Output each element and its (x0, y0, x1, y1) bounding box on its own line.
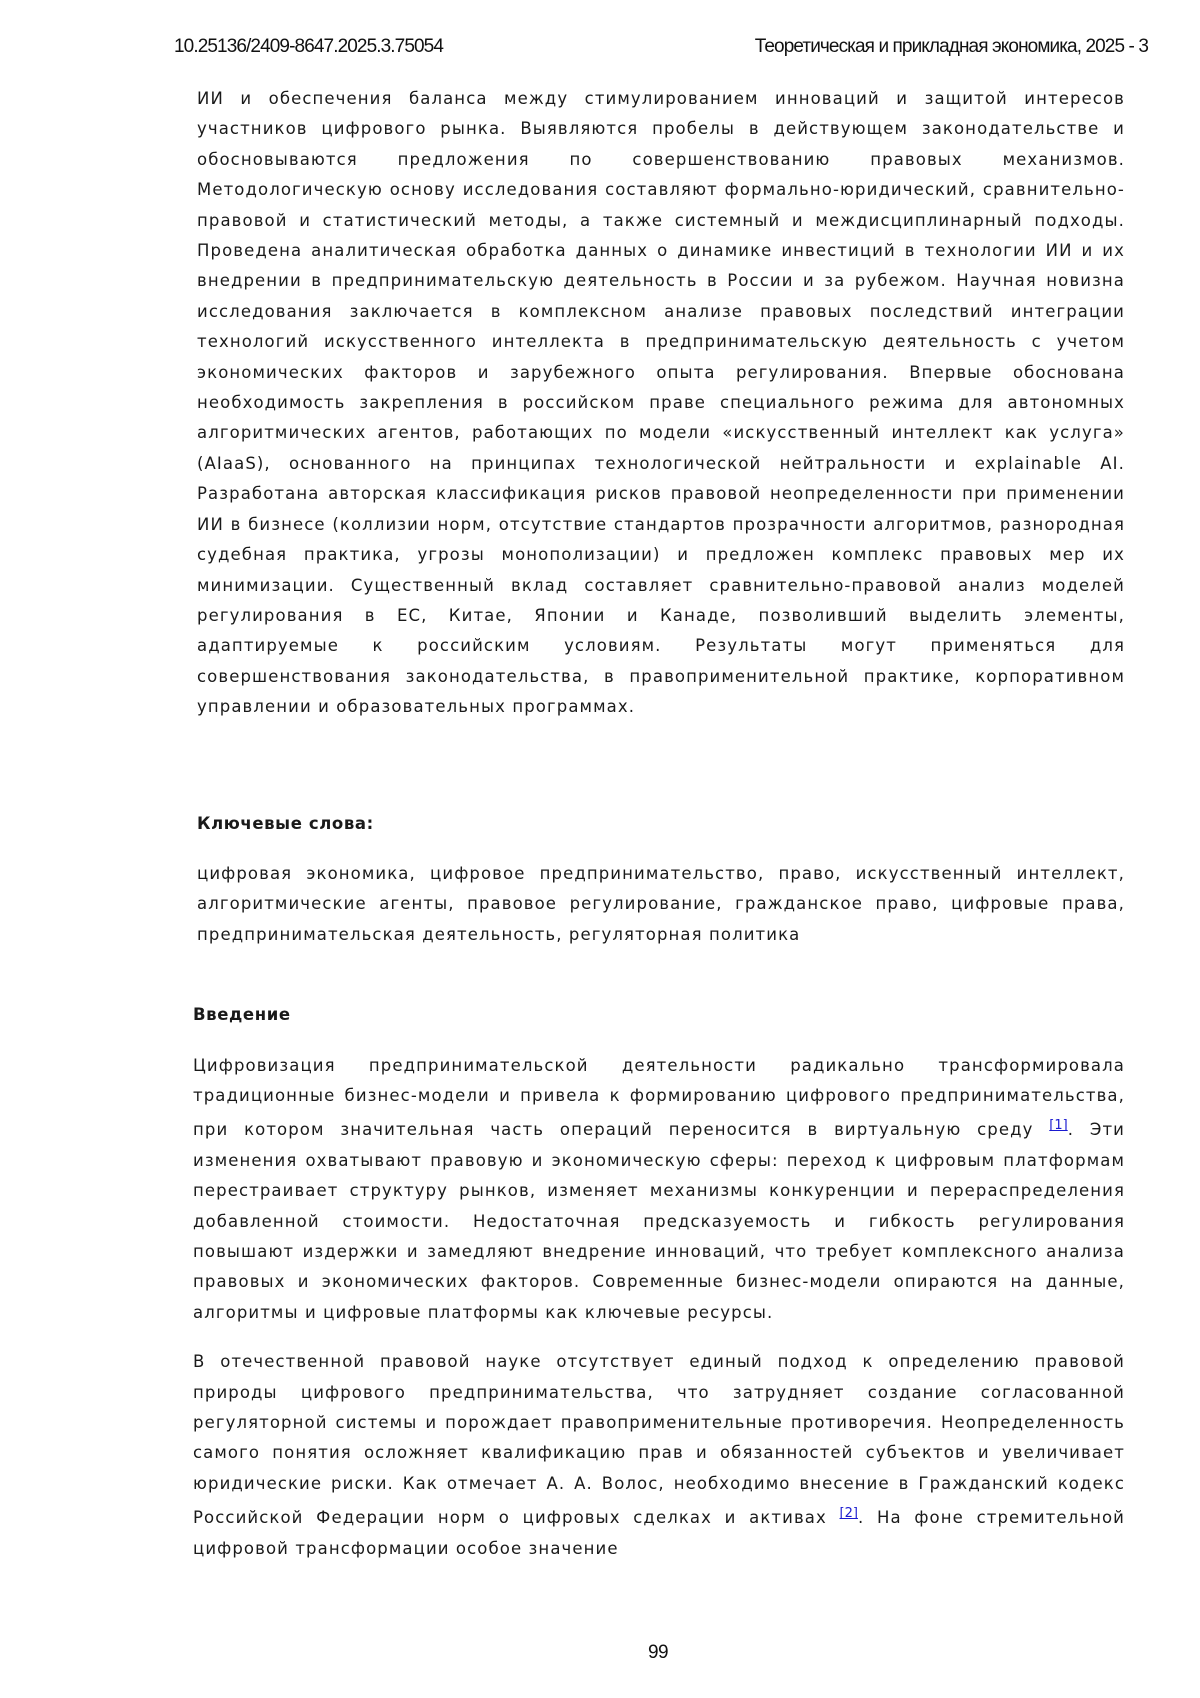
page-content: ИИ и обеспечения баланса между стимулиро… (197, 84, 1125, 1564)
paragraph-text: В отечественной правовой науке отсутству… (193, 1352, 1125, 1527)
reference-link-1[interactable]: [1] (1049, 1118, 1067, 1133)
doi: 10.25136/2409-8647.2025.3.75054 (174, 36, 443, 58)
introduction-paragraph-1: Цифровизация предпринимательской деятель… (193, 1051, 1125, 1329)
paragraph-text: . Эти изменения охватывают правовую и эк… (193, 1120, 1125, 1321)
abstract-continuation: ИИ и обеспечения баланса между стимулиро… (197, 84, 1125, 723)
keywords-text: цифровая экономика, цифровое предпринима… (197, 859, 1125, 950)
page-header: 10.25136/2409-8647.2025.3.75054 Теоретич… (174, 36, 1148, 60)
page-number: 99 (0, 1642, 1200, 1664)
introduction-paragraph-2: В отечественной правовой науке отсутству… (193, 1347, 1125, 1564)
reference-link-2[interactable]: [2] (840, 1506, 858, 1521)
paragraph-text: Цифровизация предпринимательской деятель… (193, 1056, 1125, 1140)
journal-title: Теоретическая и прикладная экономика, 20… (755, 36, 1148, 58)
introduction-heading: Введение (193, 1000, 1125, 1030)
keywords-heading: Ключевые слова: (197, 809, 1125, 839)
